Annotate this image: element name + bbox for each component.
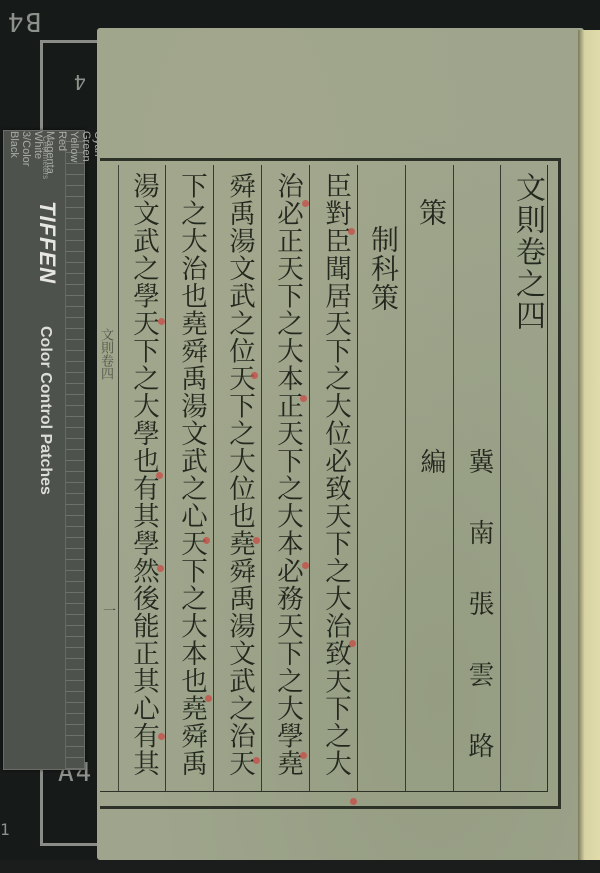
red-punctuation-mark <box>302 562 309 569</box>
red-punctuation-mark <box>348 228 355 235</box>
swatch-green: Green <box>80 131 92 193</box>
page-edge <box>578 30 600 860</box>
fold-page-number: 一 <box>103 600 116 619</box>
subheading: 制科策 <box>359 225 407 312</box>
fold-title: 文則卷四 <box>96 328 115 380</box>
text-column-2: 治必正天下之大本正天下之大本必務天下之大學堯 <box>263 172 311 777</box>
red-punctuation-mark <box>253 537 260 544</box>
text-column-1: 臣對臣聞居天下之大位必致天下之大治致天下之大 <box>311 172 359 777</box>
red-punctuation-mark <box>158 733 165 740</box>
target-label-4: 4 <box>72 70 86 94</box>
color-control-strip: Centimeters TIFFEN Color Control Patches… <box>3 130 85 770</box>
red-punctuation-mark <box>300 395 307 402</box>
red-punctuation-mark <box>203 537 210 544</box>
text-column-3: 舜禹湯文武之位天下之大位也堯舜禹湯文武之治天 <box>215 172 263 777</box>
red-punctuation-mark <box>349 640 356 647</box>
text-column-4: 下之大治也堯舜禹湯文武之心天下之大本也堯舜禹 <box>167 172 215 777</box>
red-punctuation-mark <box>302 200 309 207</box>
red-punctuation-mark <box>157 565 164 572</box>
red-punctuation-mark <box>251 372 258 379</box>
swatch-3color: 3/Color <box>20 131 32 193</box>
swatch-red: Red <box>56 131 68 193</box>
red-punctuation-mark <box>350 798 357 805</box>
swatch-magenta: Magenta <box>44 131 56 193</box>
swatch-white: White <box>32 131 44 193</box>
target-label-edge: 1 <box>0 820 12 839</box>
volume-title: 文則卷之四 <box>503 172 551 332</box>
red-punctuation-mark <box>158 318 165 325</box>
red-punctuation-mark <box>205 695 212 702</box>
section-heading: 策 <box>407 198 455 227</box>
target-label-b4: B4 <box>6 6 41 36</box>
red-punctuation-mark <box>253 757 260 764</box>
author-line: 冀南張雲路編 <box>455 448 503 873</box>
swatch-yellow: Yellow <box>68 131 80 193</box>
bottom-background <box>0 860 600 873</box>
swatch-black: Black <box>8 131 20 193</box>
red-punctuation-mark <box>156 472 163 479</box>
red-punctuation-mark <box>300 752 307 759</box>
